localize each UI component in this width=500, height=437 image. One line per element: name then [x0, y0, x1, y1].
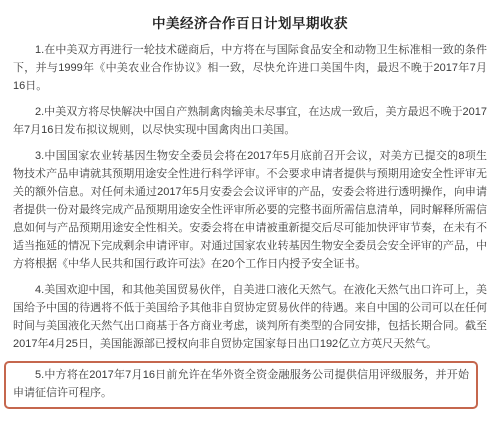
- paragraph-2-poultry-exports: 2.中美双方将尽快解决中国自产熟制禽肉输美未尽事宜，在达成一致后，美方最迟不晚于…: [13, 103, 487, 139]
- highlight-box: 5.中方将在2017年7月16日前允许在华外资全资金融服务公司提供信用评级服务，…: [4, 361, 478, 409]
- paragraph-4-lng-exports: 4.美国欢迎中国，和其他美国贸易伙伴，自美进口液化天然气。在液化天然气出口许可上…: [13, 281, 487, 353]
- paragraph-3-biotech-review: 3.中国国家农业转基因生物安全委员会将在2017年5月底前召开会议，对美方已提交…: [13, 147, 487, 273]
- document: 中美经济合作百日计划早期收获 1.在中美双方再进行一轮技术磋商后，中方将在与国际…: [0, 0, 500, 437]
- page-title: 中美经济合作百日计划早期收获: [13, 12, 487, 32]
- paragraph-1-beef-imports: 1.在中美双方再进行一轮技术磋商后，中方将在与国际食品安全和动物卫生标准相一致的…: [13, 41, 487, 95]
- paragraph-5-credit-rating-highlighted: 5.中方将在2017年7月16日前允许在华外资全资金融服务公司提供信用评级服务，…: [13, 366, 469, 402]
